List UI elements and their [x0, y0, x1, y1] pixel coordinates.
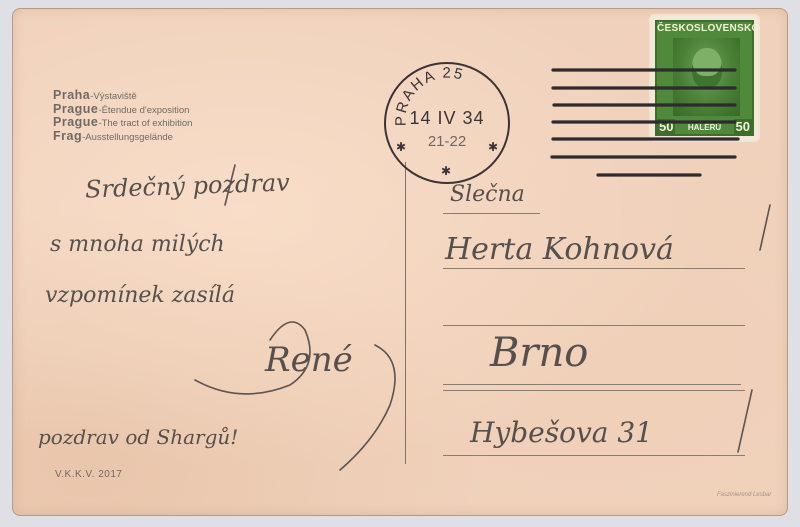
pencil-flourishes [0, 0, 800, 527]
